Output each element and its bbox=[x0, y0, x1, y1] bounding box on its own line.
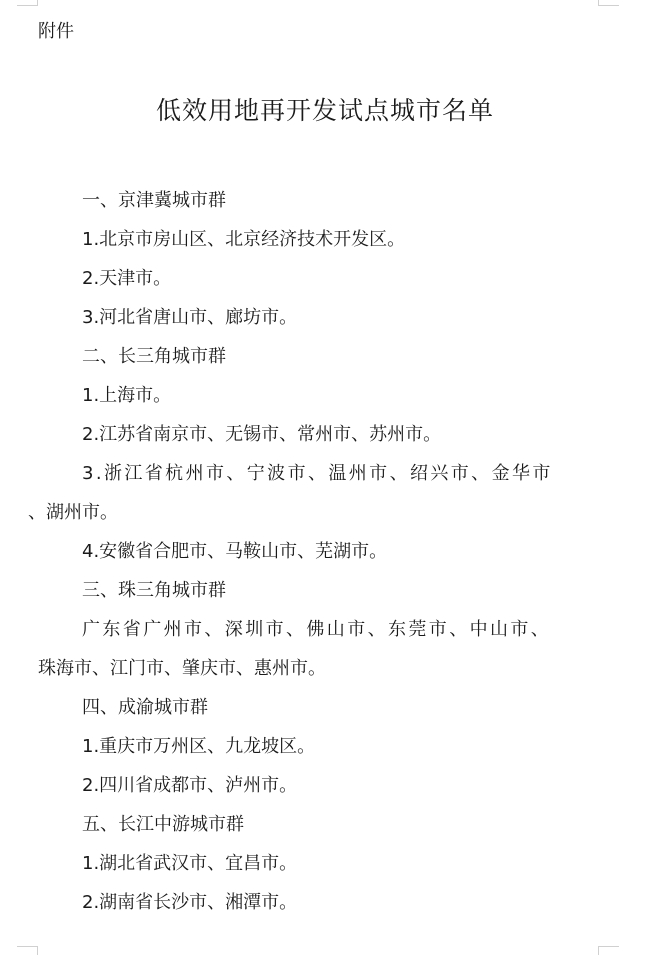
document-title: 低效用地再开发试点城市名单 bbox=[0, 94, 650, 128]
list-item: 1.重庆市万州区、九龙坡区。 bbox=[38, 727, 604, 766]
list-item: 1.湖北省武汉市、宜昌市。 bbox=[38, 844, 604, 883]
section-heading-jingjinji: 一、京津冀城市群 bbox=[38, 181, 604, 220]
list-item: 3.浙江省杭州市、宁波市、温州市、绍兴市、金华市 bbox=[38, 454, 604, 493]
list-item: 4.安徽省合肥市、马鞍山市、芜湖市。 bbox=[38, 532, 604, 571]
crop-mark-bottom-left bbox=[17, 946, 38, 955]
list-item: 2.江苏省南京市、无锡市、常州市、苏州市。 bbox=[38, 415, 604, 454]
list-item: 1.北京市房山区、北京经济技术开发区。 bbox=[38, 220, 604, 259]
section-heading-yangtze-delta: 二、长三角城市群 bbox=[38, 337, 604, 376]
list-item: 3.河北省唐山市、廊坊市。 bbox=[38, 298, 604, 337]
list-item: 2.四川省成都市、泸州市。 bbox=[38, 766, 604, 805]
list-item: 1.上海市。 bbox=[38, 376, 604, 415]
crop-mark-top-left bbox=[17, 0, 38, 6]
list-item: 2.天津市。 bbox=[38, 259, 604, 298]
document-body: 一、京津冀城市群 1.北京市房山区、北京经济技术开发区。 2.天津市。 3.河北… bbox=[38, 181, 604, 922]
section-heading-pearl-delta: 三、珠三角城市群 bbox=[38, 571, 604, 610]
crop-mark-top-right bbox=[598, 0, 619, 6]
section-heading-middle-yangtze: 五、长江中游城市群 bbox=[38, 805, 604, 844]
attachment-label: 附件 bbox=[38, 20, 74, 44]
section-heading-chengyu: 四、成渝城市群 bbox=[38, 688, 604, 727]
crop-mark-bottom-right bbox=[598, 946, 619, 955]
list-item: 2.湖南省长沙市、湘潭市。 bbox=[38, 883, 604, 922]
list-item: 广东省广州市、深圳市、佛山市、东莞市、中山市、 bbox=[38, 610, 604, 649]
list-item-continuation: 珠海市、江门市、肇庆市、惠州市。 bbox=[38, 649, 604, 688]
list-item-continuation: 、湖州市。 bbox=[28, 493, 604, 532]
